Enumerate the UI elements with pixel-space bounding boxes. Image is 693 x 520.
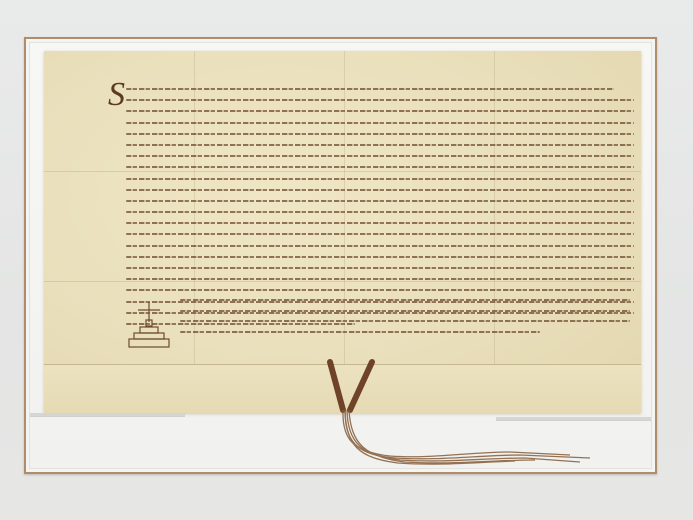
- scene-caption: Framed medieval parchment charter with b…: [0, 0, 1, 1]
- charter-text: [126, 88, 634, 334]
- acrylic-edge: [496, 417, 651, 421]
- notary-subscription: [180, 299, 630, 341]
- notarial-sign-icon: [126, 300, 172, 350]
- plica-fold: [44, 364, 641, 413]
- acrylic-edge: [30, 413, 185, 417]
- decorated-initial: S: [108, 78, 125, 112]
